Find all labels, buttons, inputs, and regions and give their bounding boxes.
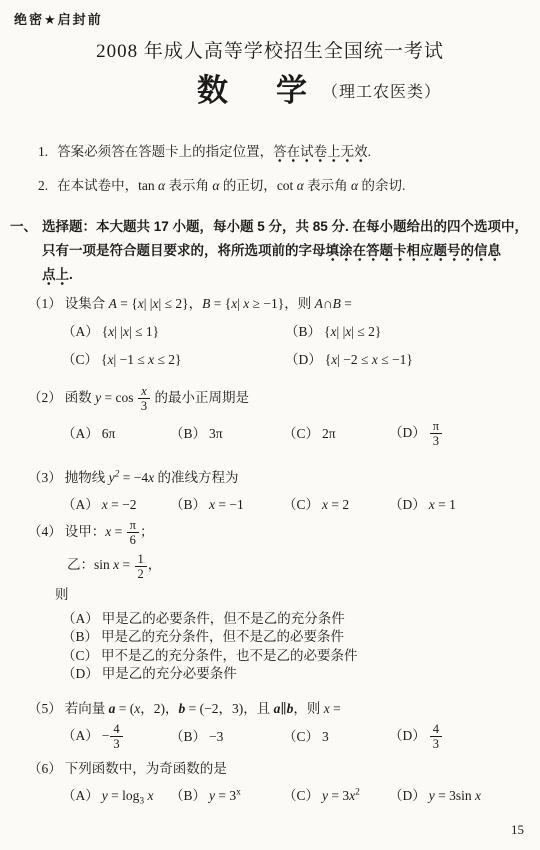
option-content: 甲是乙的必要条件，但不是乙的充分条件	[102, 611, 345, 626]
option-a: （A）甲是乙的必要条件，但不是乙的充分条件	[62, 610, 534, 629]
question-stem-text: 下列函数中，为奇函数的是	[65, 761, 227, 776]
question-5: （5）若向量 a = (x，2)，b = (−2，3)，且 a∥b，则 x = …	[28, 697, 534, 751]
options: （A）−43 （B）−3 （C）3 （D）43	[62, 722, 534, 751]
question-number: （2）	[28, 390, 62, 405]
options: （A）6π （B）3π （C）2π （D）π3	[62, 419, 534, 448]
classification-label: 绝密★启封前	[14, 10, 103, 30]
option-c: （C）y = 3x2	[283, 784, 389, 808]
option-label: （C）	[283, 729, 319, 744]
question-stem-text: 抛物线 y2 = −4x 的准线方程为	[65, 470, 239, 485]
option-label: （C）	[62, 352, 98, 367]
option-content: y = log3 x	[102, 788, 154, 803]
options: （A）{x| |x| ≤ 1} （B）{x| |x| ≤ 2} （C）{x| −…	[62, 320, 534, 372]
option-content: x = 2	[322, 497, 349, 512]
note-text: 在本试卷中，tan α 表示角 α 的正切，cot α 表示角 α 的余切.	[57, 178, 405, 193]
option-a: （A）x = −2	[62, 493, 170, 517]
option-content: {x| |x| ≤ 1}	[102, 324, 159, 339]
option-content: 甲是乙的充分条件，但不是乙的必要条件	[101, 629, 344, 644]
options: （A）x = −2 （B）x = −1 （C）x = 2 （D）x = 1	[62, 493, 534, 517]
option-label: （C）	[62, 648, 98, 663]
option-c: （C）2π	[283, 422, 389, 446]
options: （A）y = log3 x （B）y = 3x （C）y = 3x2 （D）y …	[62, 784, 534, 808]
option-content: 3	[322, 729, 329, 744]
option-label: （D）	[389, 728, 426, 743]
option-content: x = −2	[102, 497, 137, 512]
page-number: 15	[511, 820, 524, 840]
question-stem: （3）抛物线 y2 = −4x 的准线方程为	[28, 466, 534, 489]
note-2: 2.在本试卷中，tan α 表示角 α 的正切，cot α 表示角 α 的余切.	[38, 175, 526, 196]
option-b: （B）{x| |x| ≤ 2}	[285, 320, 534, 344]
section-number: 一、	[10, 215, 37, 239]
option-d: （D）甲是乙的充分必要条件	[62, 665, 534, 684]
option-label: （B）	[170, 788, 206, 803]
option-label: （B）	[62, 629, 98, 644]
option-label: （A）	[62, 728, 99, 743]
question-4: （4）设甲：x = π6； 乙：sin x = 12， 则 （A）甲是乙的必要条…	[28, 517, 534, 684]
option-b: （B）y = 3x	[170, 784, 283, 808]
option-b: （B）−3	[170, 725, 283, 749]
option-a: （A）{x| |x| ≤ 1}	[62, 320, 285, 344]
question-stem: （5）若向量 a = (x，2)，b = (−2，3)，且 a∥b，则 x =	[28, 697, 534, 720]
note-number: 1.	[38, 144, 48, 159]
question-stem: （6）下列函数中，为奇函数的是	[28, 757, 534, 780]
option-label: （D）	[62, 666, 99, 681]
option-content: 甲是乙的充分必要条件	[102, 666, 237, 681]
option-content: x = −1	[209, 497, 244, 512]
option-a: （A）6π	[62, 422, 170, 446]
option-d: （D）x = 1	[389, 493, 534, 517]
option-b: （B）3π	[170, 422, 283, 446]
option-content: 43	[429, 728, 443, 743]
option-b: （B）甲是乙的充分条件，但不是乙的必要条件	[62, 628, 534, 647]
option-label: （B）	[285, 324, 321, 339]
exam-title: 2008 年成人高等学校招生全国统一考试	[0, 38, 540, 67]
option-label: （D）	[285, 352, 322, 367]
option-d: （D）π3	[389, 419, 534, 448]
question-2: （2）函数 y = cos x3 的最小正周期是 （A）6π （B）3π （C）…	[28, 384, 534, 448]
option-content: −43	[102, 728, 124, 743]
option-content: 2π	[322, 426, 336, 441]
question-number: （5）	[28, 701, 62, 716]
option-c: （C）3	[283, 725, 389, 749]
option-label: （C）	[283, 497, 319, 512]
option-label: （C）	[283, 788, 319, 803]
option-label: （A）	[62, 788, 99, 803]
exam-notes: 1.答案必须答在答题卡上的指定位置，答在试卷上无效. 2.在本试卷中，tan α…	[38, 141, 526, 209]
option-label: （A）	[62, 497, 99, 512]
option-label: （B）	[170, 426, 206, 441]
option-label: （D）	[389, 425, 426, 440]
option-a: （A）y = log3 x	[62, 784, 170, 808]
option-c: （C）甲不是乙的充分条件，也不是乙的必要条件	[62, 647, 534, 666]
option-b: （B）x = −1	[170, 493, 283, 517]
option-content: −3	[209, 729, 223, 744]
option-content: x = 1	[429, 497, 456, 512]
question-stem: （2）函数 y = cos x3 的最小正周期是	[28, 384, 534, 413]
section-header: 一、 选择题：本大题共 17 小题，每小题 5 分，共 85 分. 在每小题给出…	[10, 215, 536, 287]
option-a: （A）−43	[62, 722, 170, 751]
option-label: （B）	[170, 497, 206, 512]
question-stem-text: 若向量 a = (x，2)，b = (−2，3)，且 a∥b，则 x =	[65, 701, 341, 716]
option-content: {x| −2 ≤ x ≤ −1}	[325, 352, 413, 367]
question-stem-text: 函数 y = cos x3 的最小正周期是	[65, 390, 249, 405]
option-c: （C）x = 2	[283, 493, 389, 517]
option-content: {x| −1 ≤ x ≤ 2}	[101, 352, 181, 367]
option-d: （D）y = 3sin x	[389, 784, 534, 808]
question-number: （3）	[28, 470, 62, 485]
question-stem-line-3: 则	[55, 585, 534, 605]
question-stem-text: 则	[55, 587, 69, 602]
option-label: （A）	[62, 426, 99, 441]
question-number: （4）	[28, 524, 62, 539]
note-number: 2.	[38, 178, 48, 193]
option-label: （A）	[62, 324, 99, 339]
question-stem-line-1: （4）设甲：x = π6；	[28, 517, 534, 547]
note-1: 1.答案必须答在答题卡上的指定位置，答在试卷上无效.	[38, 141, 526, 162]
option-label: （C）	[283, 426, 319, 441]
option-c: （C）{x| −1 ≤ x ≤ 2}	[62, 348, 285, 372]
subject-title-row: 数学 （理工农医类）	[0, 68, 540, 114]
option-label: （D）	[389, 497, 426, 512]
option-content: {x| |x| ≤ 2}	[324, 324, 381, 339]
note-text: 答案必须答在答题卡上的指定位置，答在试卷上无效.	[57, 144, 371, 163]
question-1: （1）设集合 A = {x| |x| ≤ 2}，B = {x| x ≥ −1}，…	[28, 292, 534, 372]
options: （A）甲是乙的必要条件，但不是乙的充分条件 （B）甲是乙的充分条件，但不是乙的必…	[62, 610, 534, 684]
option-content: y = 3x	[209, 788, 241, 803]
option-d: （D）43	[389, 722, 534, 751]
option-content: π3	[429, 425, 443, 440]
option-label: （A）	[62, 611, 99, 626]
question-6: （6）下列函数中，为奇函数的是 （A）y = log3 x （B）y = 3x …	[28, 757, 534, 808]
option-content: y = 3sin x	[429, 788, 481, 803]
section-text: 选择题：本大题共 17 小题，每小题 5 分，共 85 分. 在每小题给出的四个…	[10, 215, 536, 287]
option-content: 甲不是乙的充分条件，也不是乙的必要条件	[101, 648, 358, 663]
option-label: （B）	[170, 729, 206, 744]
question-number: （1）	[28, 296, 62, 311]
question-stem-line-2: 乙：sin x = 12，	[67, 550, 534, 580]
option-content: 3π	[209, 426, 223, 441]
question-number: （6）	[28, 761, 62, 776]
exam-page: { "page": { "classification": "绝密★启封前", …	[0, 0, 540, 850]
option-content: y = 3x2	[322, 788, 360, 803]
option-content: 6π	[102, 426, 116, 441]
option-label: （D）	[389, 788, 426, 803]
question-stem-text: 乙：sin x = 12，	[67, 557, 161, 572]
question-3: （3）抛物线 y2 = −4x 的准线方程为 （A）x = −2 （B）x = …	[28, 466, 534, 517]
subject-category: （理工农医类）	[322, 81, 441, 105]
question-stem: （1）设集合 A = {x| |x| ≤ 2}，B = {x| x ≥ −1}，…	[28, 292, 534, 315]
question-stem-text: 设集合 A = {x| |x| ≤ 2}，B = {x| x ≥ −1}，则 A…	[65, 296, 352, 311]
question-stem-text: 设甲：x = π6；	[65, 524, 154, 539]
option-d: （D）{x| −2 ≤ x ≤ −1}	[285, 348, 534, 372]
